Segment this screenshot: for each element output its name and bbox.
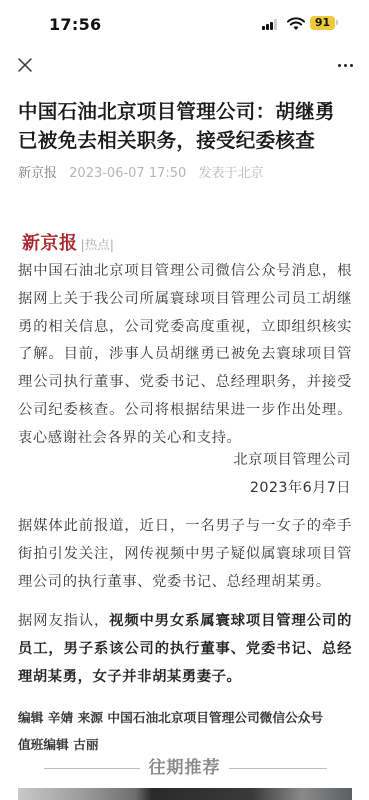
signature-org: 北京项目管理公司 xyxy=(233,447,351,475)
recommend-section-header: 往期推荐 xyxy=(0,756,369,780)
recommended-article-image[interactable] xyxy=(18,788,352,800)
credits-duty-editor: 值班编辑 古丽 xyxy=(18,732,323,759)
divider-right xyxy=(229,768,327,769)
battery-tip xyxy=(336,20,338,25)
article-credits: 编辑 辛婧 来源 中国石油北京项目管理公司微信公众号 值班编辑 古丽 xyxy=(18,705,323,758)
status-bar: 17:56 91 xyxy=(0,0,369,44)
cellular-signal-icon xyxy=(262,19,280,30)
paragraph-3-lead: 据网友指认， xyxy=(18,613,109,629)
article-meta: 新京报 2023-06-07 17:50 发表于北京 xyxy=(18,162,263,181)
close-button[interactable] xyxy=(14,54,36,76)
article-paragraph-3: 据网友指认，视频中男女系属寰球项目管理公司的员工，男子系该公司的执行董事、党委书… xyxy=(18,608,352,691)
article-paragraph-1: 据中国石油北京项目管理公司微信公众号消息，根据网上关于我公司所属寰球项目管理公司… xyxy=(18,258,352,453)
article-location: 发表于北京 xyxy=(198,166,263,181)
article-paragraph-2: 据媒体此前报道，近日，一名男子与一女子的牵手街拍引发关注，网传视频中男子疑似属寰… xyxy=(18,513,352,596)
more-dot xyxy=(344,64,347,67)
article-source[interactable]: 新京报 xyxy=(18,166,57,181)
more-dots-icon xyxy=(338,64,341,67)
nav-bar xyxy=(0,44,369,86)
close-icon xyxy=(14,54,36,76)
brand-tag: |热点| xyxy=(81,235,114,253)
credits-editor-source: 编辑 辛婧 来源 中国石油北京项目管理公司微信公众号 xyxy=(18,705,323,732)
more-dot xyxy=(350,64,353,67)
signature-date: 2023年6月7日 xyxy=(250,475,351,503)
brand-header: 新京报 |热点| xyxy=(22,229,114,255)
battery-indicator: 91 xyxy=(310,16,335,30)
brand-logo: 新京报 xyxy=(22,229,78,255)
article-date: 2023-06-07 17:50 xyxy=(69,166,186,181)
more-button[interactable] xyxy=(333,54,357,76)
wifi-icon xyxy=(287,16,305,30)
article-title: 中国石油北京项目管理公司：胡继勇已被免去相关职务，接受纪委核查 xyxy=(18,97,354,155)
status-time: 17:56 xyxy=(49,15,101,34)
